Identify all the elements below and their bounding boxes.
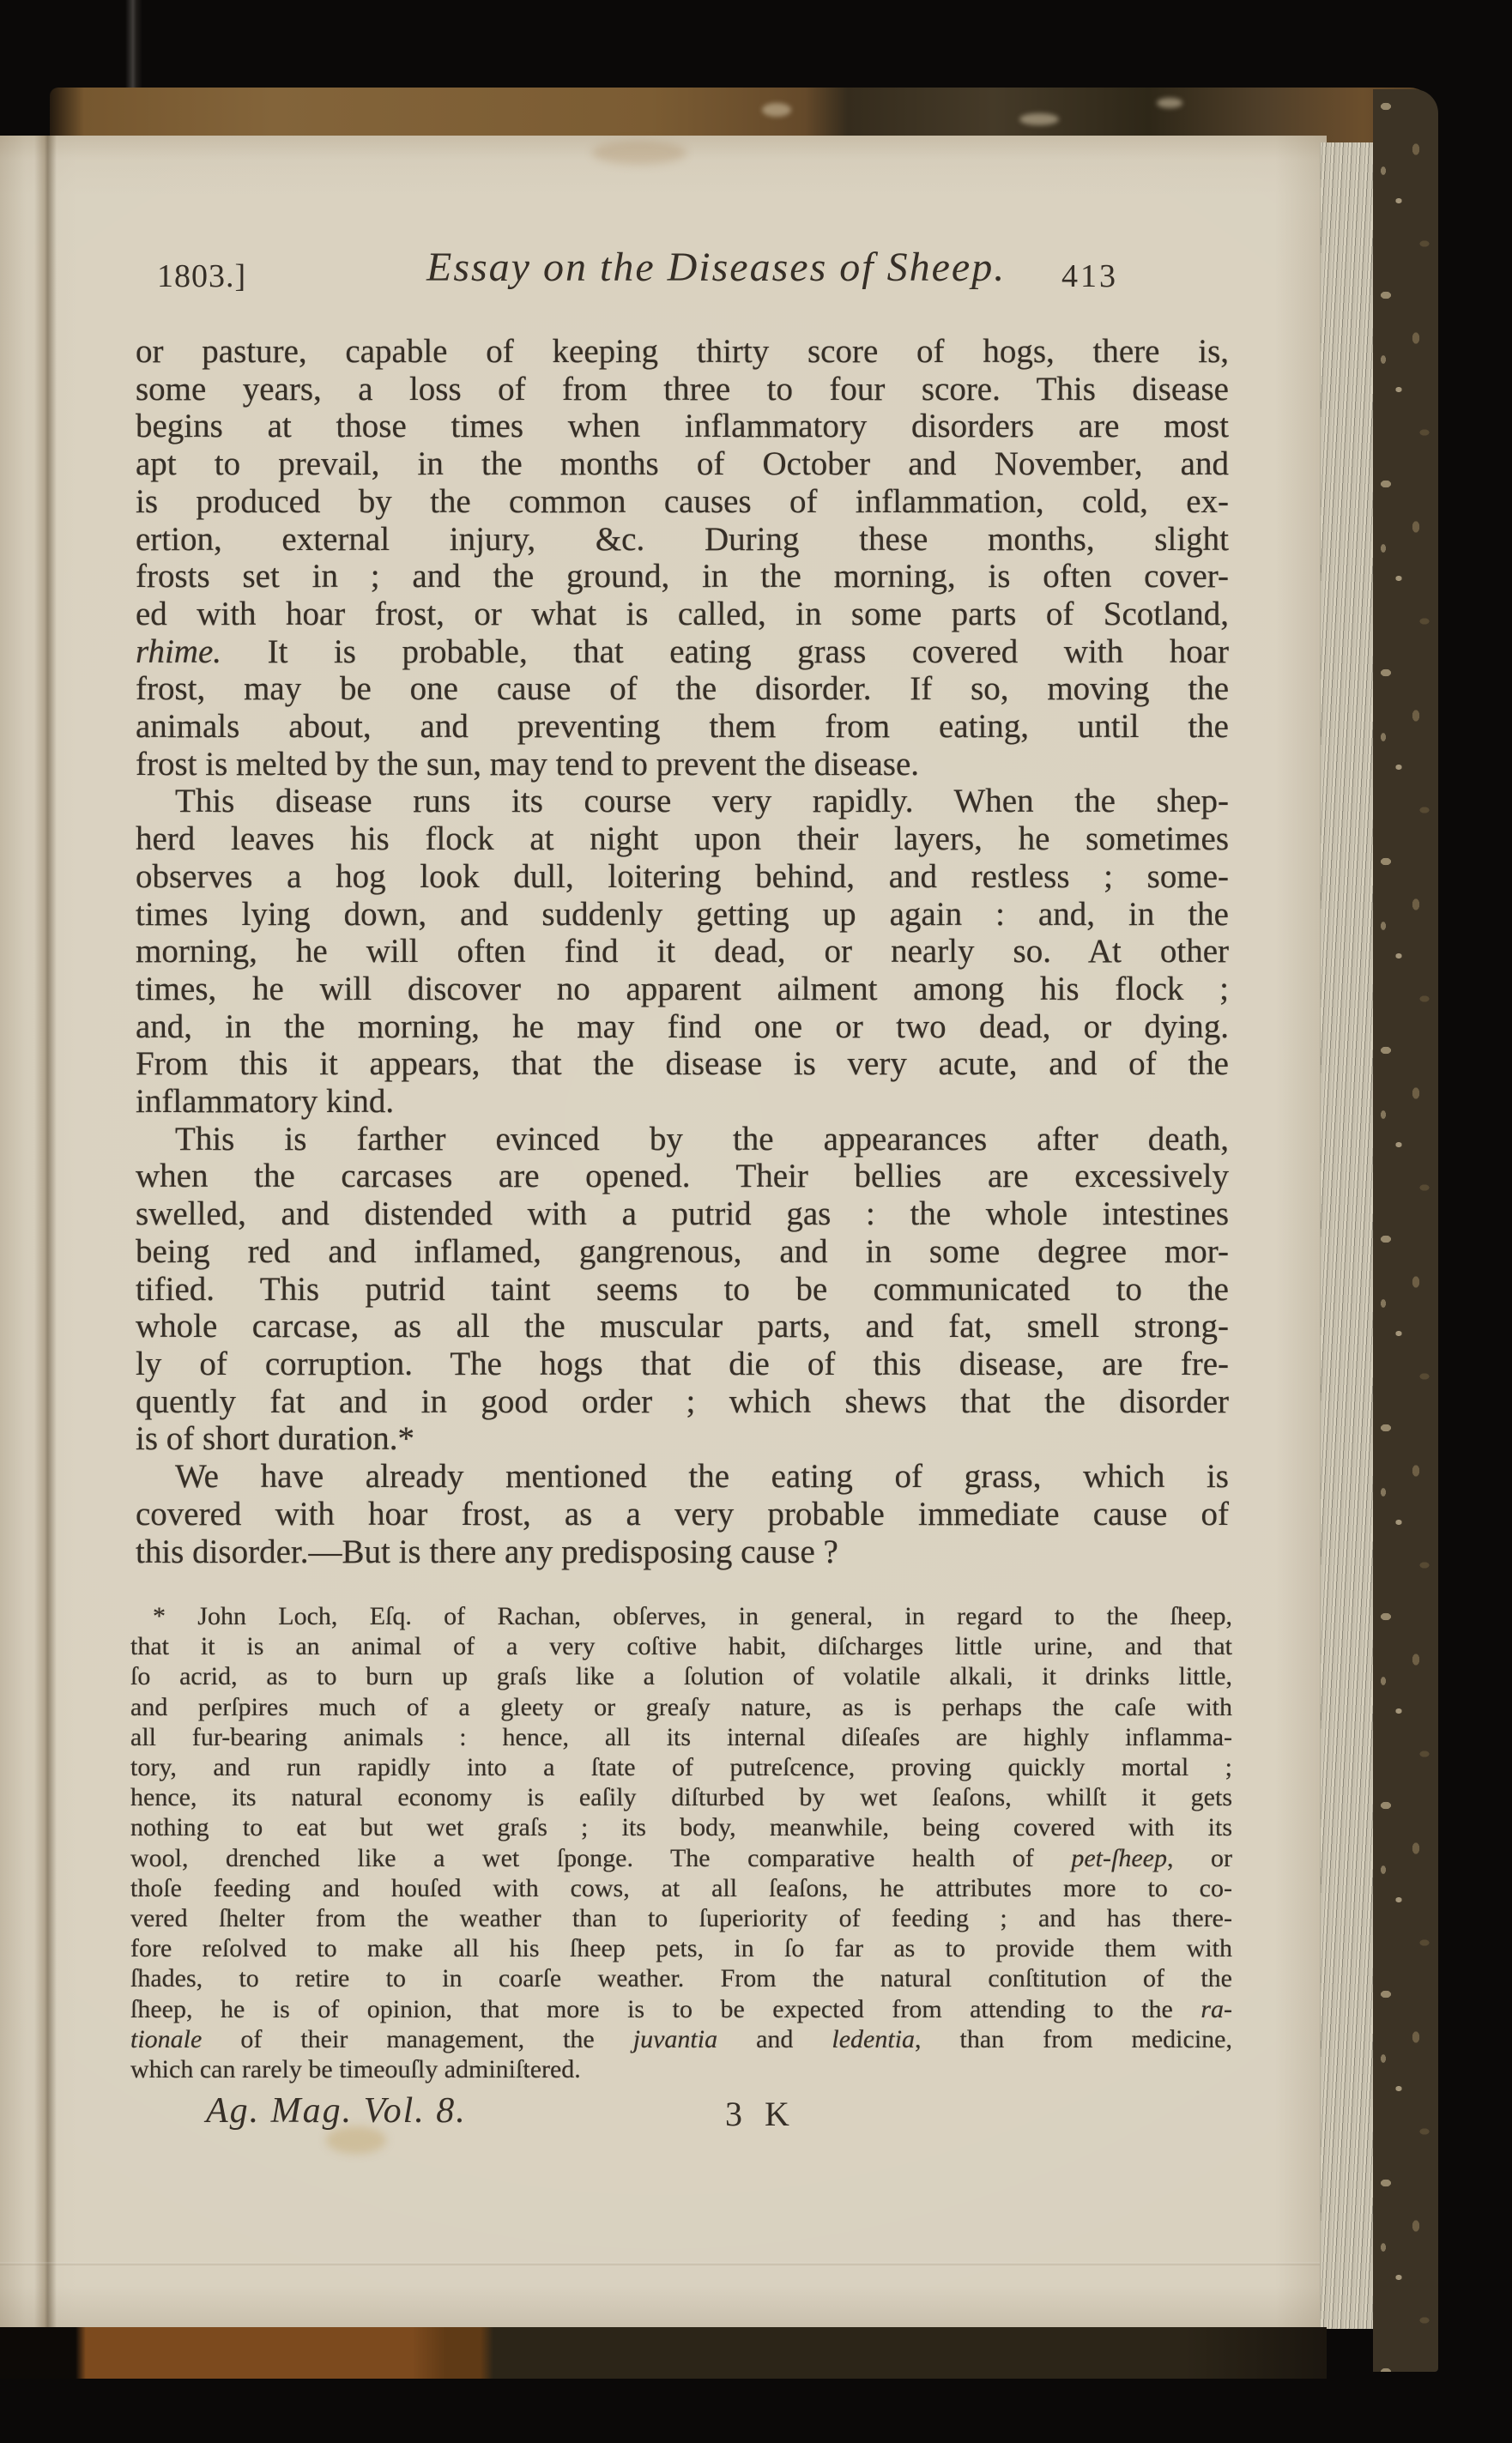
text-line: hence, its natural economy is eaſily diſ… [130, 1782, 1232, 1812]
body-text: or pasture, capable of keeping thirty sc… [136, 333, 1229, 1570]
page-stack-edge [1320, 142, 1374, 2329]
text-line: * John Loch, Eſq. of Rachan, obſerves, i… [130, 1601, 1232, 1631]
footnote-text: * John Loch, Eſq. of Rachan, obſerves, i… [130, 1601, 1232, 2084]
page-stain [592, 141, 686, 165]
text-line: this disorder.—But is there any predispo… [136, 1533, 1229, 1571]
text-line: and, in the morning, he may find one or … [136, 1008, 1229, 1046]
text-line: animals about, and preventing them from … [136, 708, 1229, 746]
text-line: times lying down, and suddenly getting u… [136, 896, 1229, 934]
text-line: frost is melted by the sun, may tend to … [136, 746, 1229, 783]
text-line: rhime. It is probable, that eating grass… [136, 633, 1229, 671]
book-bottom-edge [0, 2327, 1327, 2379]
text-line: herd leaves his flock at night upon thei… [136, 820, 1229, 858]
text-line: is of short duration.* [136, 1420, 1229, 1458]
text-line: observes a hog look dull, loitering behi… [136, 858, 1229, 896]
text-line: nothing to eat but wet graſs ; its body,… [130, 1812, 1232, 1842]
text-line: apt to prevail, in the months of October… [136, 445, 1229, 483]
text-line: tory, and run rapidly into a ſtate of pu… [130, 1752, 1232, 1782]
text-line: inflammatory kind. [136, 1083, 1229, 1121]
text-line: We have already mentioned the eating of … [136, 1458, 1229, 1496]
text-line: thoſe feeding and houſed with cows, at a… [130, 1873, 1232, 1903]
text-line: all fur-bearing animals : hence, all its… [130, 1722, 1232, 1752]
text-line: wool, drenched like a wet ſponge. The co… [130, 1843, 1232, 1873]
text-line: vered ſhelter from the weather than to ſ… [130, 1903, 1232, 1933]
page-header-title: Essay on the Diseases of Sheep. [426, 244, 1006, 291]
leather-wear-patch [1157, 98, 1182, 108]
text-line: ſhades, to retire to in coarſe weather. … [130, 1963, 1232, 1993]
text-line: whole carcase, as all the muscular parts… [136, 1308, 1229, 1345]
page-bottom-crease [0, 2262, 1327, 2265]
text-line: ly of corruption. The hogs that die of t… [136, 1345, 1229, 1383]
text-line: fore reſolved to make all his ſheep pets… [130, 1933, 1232, 1963]
text-line: when the carcases are opened. Their bell… [136, 1158, 1229, 1195]
text-line: covered with hoar frost, as a very proba… [136, 1496, 1229, 1533]
text-line: This is farther evinced by the appearanc… [136, 1121, 1229, 1158]
text-line: From this it appears, that the disease i… [136, 1045, 1229, 1083]
header-page-number: 413 [1061, 257, 1118, 295]
text-line: ſheep, he is of opinion, that more is to… [130, 1994, 1232, 2024]
text-line: begins at those times when inflammatory … [136, 408, 1229, 445]
text-line: ertion, external injury, &c. During thes… [136, 521, 1229, 559]
text-line: frost, may be one cause of the disorder.… [136, 670, 1229, 708]
text-line: and perſpires much of a gleety or greaſy… [130, 1692, 1232, 1722]
text-line: being red and inflamed, gangrenous, and … [136, 1233, 1229, 1271]
text-line: quently fat and in good order ; which sh… [136, 1383, 1229, 1421]
book-cover-marbled-edge [1373, 89, 1438, 2372]
text-line: swelled, and distended with a putrid gas… [136, 1195, 1229, 1233]
footer-signature: 3 K [725, 2094, 796, 2134]
text-line: This disease runs its course very rapidl… [136, 783, 1229, 820]
gutter-crease [34, 136, 57, 2329]
book-page: 1803.] Essay on the Diseases of Sheep. 4… [0, 136, 1327, 2329]
text-line: which can rarely be timeouſly adminiſter… [130, 2054, 1232, 2084]
text-line: morning, he will often find it dead, or … [136, 933, 1229, 971]
text-line: frosts set in ; and the ground, in the m… [136, 558, 1229, 596]
text-line: ed with hoar frost, or what is called, i… [136, 596, 1229, 633]
header-year: 1803.] [157, 257, 246, 295]
text-line: that it is an animal of a very coſtive h… [130, 1631, 1232, 1661]
footer-volume: Ag. Mag. Vol. 8. [206, 2090, 467, 2132]
leather-wear-patch [762, 103, 791, 117]
text-line: times, he will discover no apparent ailm… [136, 971, 1229, 1008]
text-line: tified. This putrid taint seems to be co… [136, 1271, 1229, 1309]
text-line: some years, a loss of from three to four… [136, 371, 1229, 408]
text-line: or pasture, capable of keeping thirty sc… [136, 333, 1229, 371]
text-line: tionale of their management, the juvanti… [130, 2024, 1232, 2054]
text-line: is produced by the common causes of infl… [136, 483, 1229, 521]
book-scan: 1803.] Essay on the Diseases of Sheep. 4… [0, 0, 1512, 2443]
book-top-leather-edge [50, 88, 1435, 142]
leather-wear-patch [1019, 113, 1059, 125]
text-line: ſo acrid, as to burn up graſs like a ſol… [130, 1661, 1232, 1691]
